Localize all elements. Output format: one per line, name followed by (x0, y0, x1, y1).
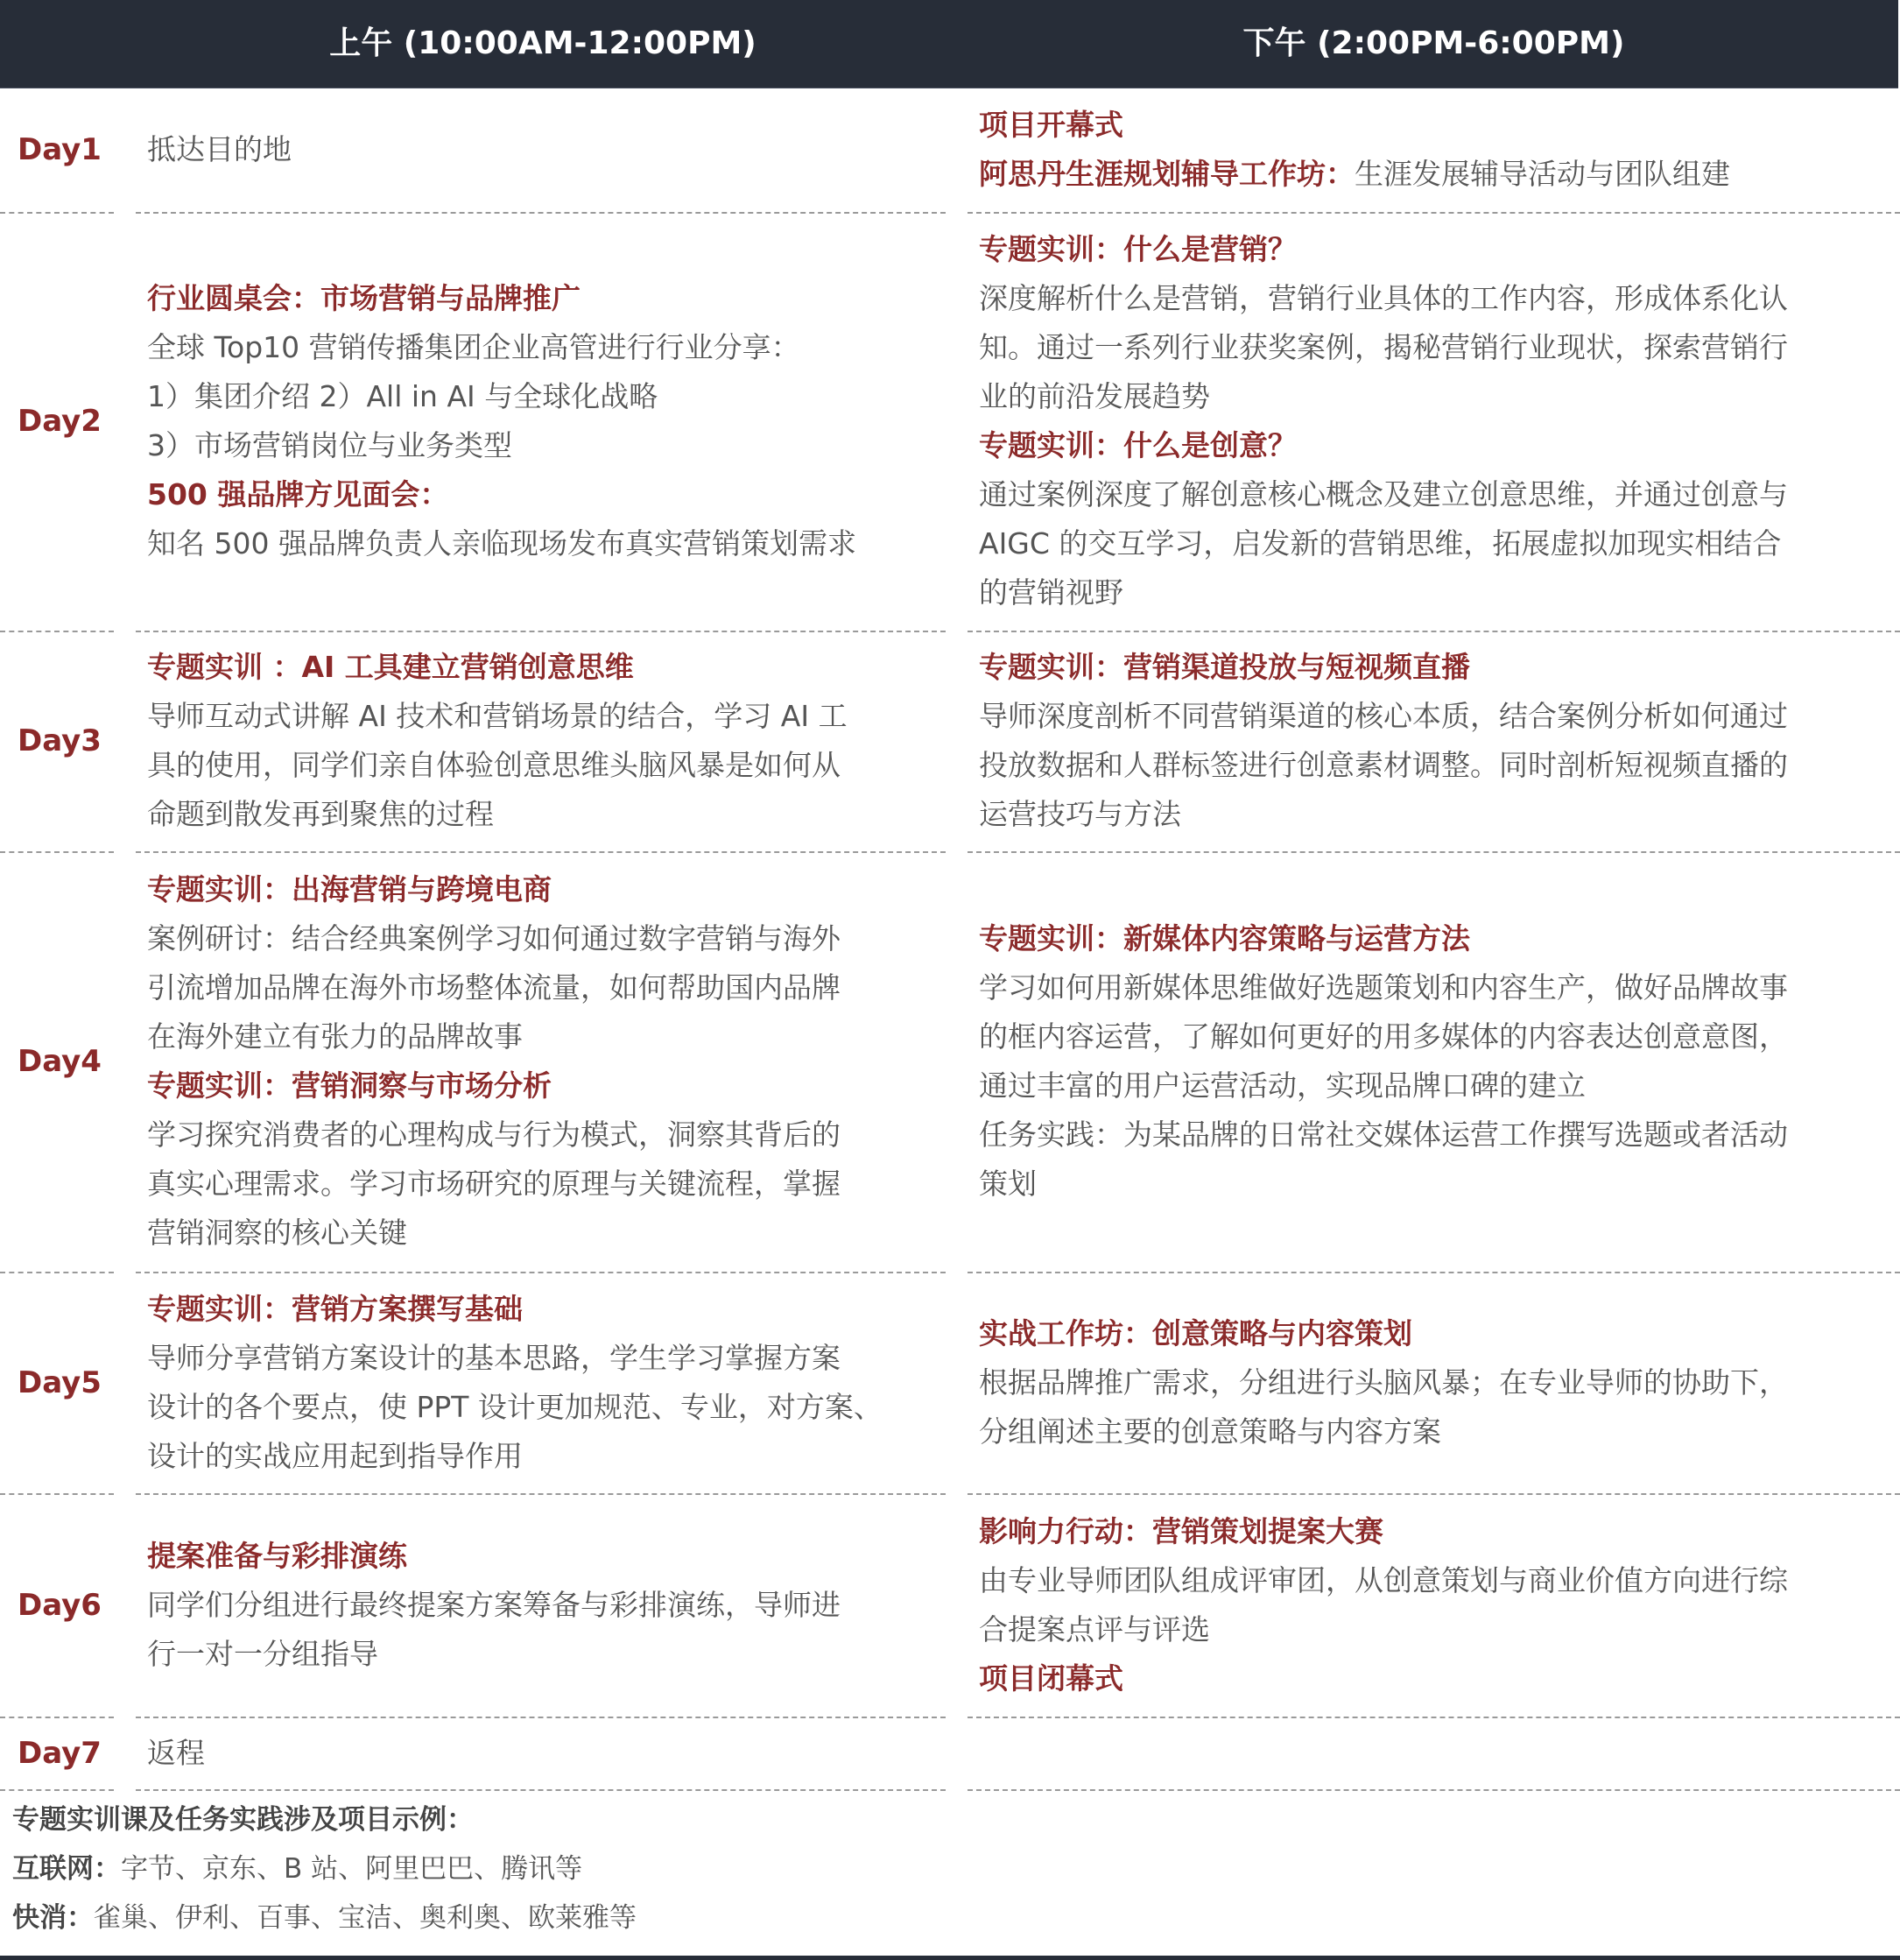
session-title: 影响力行动：营销策划提案大赛 (979, 1507, 1894, 1556)
session-description: 学习探究消费者的心理构成与行为模式，洞察其背后的 (147, 1110, 953, 1160)
day-label: Day5 (18, 1272, 123, 1493)
session-title: 专题实训：什么是创意？ (979, 421, 1894, 470)
session-description: 设计的实战应用起到指导作用 (147, 1432, 953, 1481)
session-description: 投放数据和人群标签进行创意素材调整。同时剖析短视频直播的 (979, 741, 1894, 790)
session-description: 在海外建立有张力的品牌故事 (147, 1012, 953, 1061)
schedule-header: 上午 (10:00AM-12:00PM) 下午 (2:00PM-6:00PM) (0, 0, 1898, 88)
morning-session: 抵达目的地 (147, 88, 953, 212)
session-description: 任务实践：为某品牌的日常社交媒体运营工作撰写选题或者活动 (979, 1110, 1894, 1160)
session-description: 真实心理需求。学习市场研究的原理与关键流程，掌握 (147, 1160, 953, 1209)
session-description: 合提案点评与评选 (979, 1605, 1894, 1654)
morning-session: 返程 (147, 1717, 953, 1789)
session-title: 专题实训：什么是营销？ (979, 225, 1894, 274)
session-description: 通过案例深度了解创意核心概念及建立创意思维，并通过创意与 (979, 470, 1894, 519)
afternoon-session: 项目开幕式阿思丹生涯规划辅导工作坊：生涯发展辅导活动与团队组建 (979, 88, 1894, 212)
afternoon-session: 影响力行动：营销策划提案大赛由专业导师团队组成评审团，从创意策划与商业价值方向进… (979, 1493, 1894, 1717)
day-row-6: Day6提案准备与彩排演练同学们分组进行最终提案方案筹备与彩排演练，导师进行一对… (0, 1493, 1900, 1717)
session-description: 由专业导师团队组成评审团，从创意策划与商业价值方向进行综 (979, 1556, 1894, 1605)
day-label: Day7 (18, 1717, 123, 1789)
day-row-3: Day3专题实训 ：AI 工具建立营销创意思维导师互动式讲解 AI 技术和营销场… (0, 631, 1900, 851)
session-description: 的框内容运营，了解如何更好的用多媒体的内容表达创意意图， (979, 1012, 1894, 1061)
examples-heading: 专题实训课及任务实践涉及项目示例： (12, 1795, 637, 1844)
day-row-4: Day4专题实训：出海营销与跨境电商案例研讨：结合经典案例学习如何通过数字营销与… (0, 851, 1900, 1272)
session-title: 行业圆桌会：市场营销与品牌推广 (147, 274, 953, 323)
row-divider (136, 1789, 946, 1791)
afternoon-column-header: 下午 (2:00PM-6:00PM) (968, 0, 1900, 88)
session-description: 知。通过一系列行业获奖案例，揭秘营销行业现状，探索营销行 (979, 323, 1894, 372)
session-title: 实战工作坊：创意策略与内容策划 (979, 1309, 1894, 1358)
day-label: Day6 (18, 1493, 123, 1717)
morning-session: 行业圆桌会：市场营销与品牌推广全球 Top10 营销传播集团企业高管进行行业分享… (147, 212, 953, 631)
bottom-bar (0, 1956, 1900, 1960)
session-description: AIGC 的交互学习，启发新的营销思维，拓展虚拟加现实相结合 (979, 519, 1894, 568)
day-label: Day3 (18, 631, 123, 851)
session-description: 深度解析什么是营销，营销行业具体的工作内容，形成体系化认 (979, 274, 1894, 323)
session-description: 导师互动式讲解 AI 技术和营销场景的结合，学习 AI 工 (147, 692, 953, 741)
session-description: 设计的各个要点，使 PPT 设计更加规范、专业，对方案、 (147, 1383, 953, 1432)
session-title: 专题实训：营销洞察与市场分析 (147, 1061, 953, 1110)
session-title: 专题实训：营销方案撰写基础 (147, 1285, 953, 1334)
afternoon-session (979, 1717, 1894, 1789)
session-title: 专题实训：新媒体内容策略与运营方法 (979, 914, 1894, 963)
session-title: 专题实训：出海营销与跨境电商 (147, 865, 953, 914)
session-description: 的营销视野 (979, 568, 1894, 617)
session-title-with-detail: 阿思丹生涯规划辅导工作坊：生涯发展辅导活动与团队组建 (979, 150, 1894, 199)
session-description: 返程 (147, 1729, 953, 1778)
session-description: 学习如何用新媒体思维做好选题策划和内容生产，做好品牌故事 (979, 963, 1894, 1012)
row-divider (0, 1789, 114, 1791)
day-label: Day4 (18, 851, 123, 1272)
session-description: 导师深度剖析不同营销渠道的核心本质，结合案例分析如何通过 (979, 692, 1894, 741)
row-divider (968, 1789, 1900, 1791)
session-description: 3）市场营销岗位与业务类型 (147, 421, 953, 470)
session-title: 项目闭幕式 (979, 1654, 1894, 1703)
session-title: 提案准备与彩排演练 (147, 1532, 953, 1581)
session-description: 1）集团介绍 2）All in AI 与全球化战略 (147, 372, 953, 421)
afternoon-session: 专题实训：营销渠道投放与短视频直播导师深度剖析不同营销渠道的核心本质，结合案例分… (979, 631, 1894, 851)
session-description: 导师分享营销方案设计的基本思路，学生学习掌握方案 (147, 1334, 953, 1383)
day-label: Day1 (18, 88, 123, 212)
morning-session: 专题实训 ：AI 工具建立营销创意思维导师互动式讲解 AI 技术和营销场景的结合… (147, 631, 953, 851)
session-description: 业的前沿发展趋势 (979, 372, 1894, 421)
session-description: 通过丰富的用户运营活动，实现品牌口碑的建立 (979, 1061, 1894, 1110)
morning-session: 专题实训：出海营销与跨境电商案例研讨：结合经典案例学习如何通过数字营销与海外引流… (147, 851, 953, 1272)
examples-fmcg: 快消：雀巢、伊利、百事、宝洁、奥利奥、欧莱雅等 (12, 1893, 637, 1942)
examples-internet: 互联网：字节、京东、B 站、阿里巴巴、腾讯等 (12, 1844, 637, 1893)
session-description: 具的使用，同学们亲自体验创意思维头脑风暴是如何从 (147, 741, 953, 790)
project-examples: 专题实训课及任务实践涉及项目示例： 互联网：字节、京东、B 站、阿里巴巴、腾讯等… (12, 1795, 637, 1942)
session-description: 运营技巧与方法 (979, 790, 1894, 839)
morning-session: 提案准备与彩排演练同学们分组进行最终提案方案筹备与彩排演练，导师进行一对一分组指… (147, 1493, 953, 1717)
session-description: 分组阐述主要的创意策略与内容方案 (979, 1407, 1894, 1456)
session-title: 专题实训 ：AI 工具建立营销创意思维 (147, 643, 953, 692)
day-row-7: Day7返程 (0, 1717, 1900, 1789)
session-description: 案例研讨：结合经典案例学习如何通过数字营销与海外 (147, 914, 953, 963)
session-description: 根据品牌推广需求，分组进行头脑风暴；在专业导师的协助下， (979, 1358, 1894, 1407)
session-description: 行一对一分组指导 (147, 1630, 953, 1679)
session-title: 500 强品牌方见面会： (147, 470, 953, 519)
afternoon-session: 专题实训：什么是营销？深度解析什么是营销，营销行业具体的工作内容，形成体系化认知… (979, 212, 1894, 631)
day-row-1: Day1抵达目的地项目开幕式阿思丹生涯规划辅导工作坊：生涯发展辅导活动与团队组建 (0, 88, 1900, 212)
session-description: 营销洞察的核心关键 (147, 1209, 953, 1258)
afternoon-session: 实战工作坊：创意策略与内容策划根据品牌推广需求，分组进行头脑风暴；在专业导师的协… (979, 1272, 1894, 1493)
session-description: 抵达目的地 (147, 125, 953, 174)
session-description: 知名 500 强品牌负责人亲临现场发布真实营销策划需求 (147, 519, 953, 568)
day-row-5: Day5专题实训：营销方案撰写基础导师分享营销方案设计的基本思路，学生学习掌握方… (0, 1272, 1900, 1493)
afternoon-session: 专题实训：新媒体内容策略与运营方法学习如何用新媒体思维做好选题策划和内容生产，做… (979, 851, 1894, 1272)
session-description: 全球 Top10 营销传播集团企业高管进行行业分享： (147, 323, 953, 372)
session-title: 专题实训：营销渠道投放与短视频直播 (979, 643, 1894, 692)
session-description: 命题到散发再到聚焦的过程 (147, 790, 953, 839)
session-description: 同学们分组进行最终提案方案筹备与彩排演练，导师进 (147, 1581, 953, 1630)
day-label: Day2 (18, 212, 123, 631)
day-row-2: Day2行业圆桌会：市场营销与品牌推广全球 Top10 营销传播集团企业高管进行… (0, 212, 1900, 631)
session-title: 项目开幕式 (979, 101, 1894, 150)
session-description: 引流增加品牌在海外市场整体流量，如何帮助国内品牌 (147, 963, 953, 1012)
session-description: 策划 (979, 1160, 1894, 1209)
morning-column-header: 上午 (10:00AM-12:00PM) (136, 0, 950, 88)
morning-session: 专题实训：营销方案撰写基础导师分享营销方案设计的基本思路，学生学习掌握方案设计的… (147, 1272, 953, 1493)
